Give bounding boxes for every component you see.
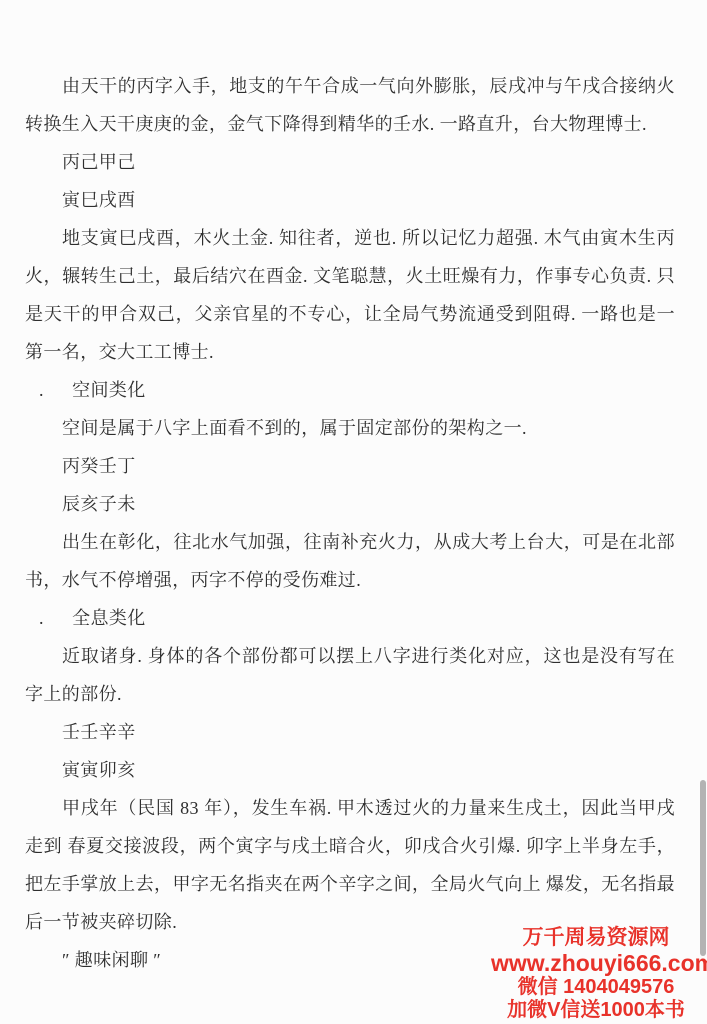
document-text: 由天干的丙字入手，地支的午午合成一气向外膨胀，辰戌冲与午戌合接纳火气，转换生入天… [25, 67, 675, 979]
text-line: 辰亥子未 [25, 485, 675, 523]
text-line: 寅巳戌酉 [25, 181, 675, 219]
text-line: 丙己甲己 [25, 143, 675, 181]
watermark-url: www.zhouyi666.com [491, 950, 701, 976]
text-line: . 空间类化 [25, 371, 675, 409]
text-line: . 全息类化 [25, 599, 675, 637]
watermark: 万千周易资源网 www.zhouyi666.com 微信 1404049576 … [491, 925, 701, 1022]
text-line: 火，辗转生己土，最后结穴在酉金. 文笔聪慧，火土旺燥有力，作事专心负责. 只 [25, 257, 675, 295]
text-line: 由天干的丙字入手，地支的午午合成一气向外膨胀，辰戌冲与午戌合接纳火气， [25, 67, 675, 105]
text-line: 第一名，交大工工博士. [25, 333, 675, 371]
document-page: 由天干的丙字入手，地支的午午合成一气向外膨胀，辰戌冲与午戌合接纳火气，转换生入天… [0, 0, 707, 1024]
text-line: 把左手掌放上去，甲字无名指夹在两个辛字之间，全局火气向上 爆发，无名指最 [25, 865, 675, 903]
text-line: 甲戌年（民国 83 年），发生车祸. 甲木透过火的力量来生戌土，因此当甲戌 [25, 789, 675, 827]
text-line: 字上的部份. [25, 675, 675, 713]
text-line: 转换生入天干庚庚的金，金气下降得到精华的壬水. 一路直升，台大物理博士. [25, 105, 675, 143]
text-line: 出生在彰化，往北水气加强，往南补充火力，从成大考上台大，可是在北部念 [25, 523, 675, 561]
scrollbar-thumb[interactable] [700, 780, 706, 956]
watermark-wechat: 微信 1404049576 [491, 976, 701, 999]
text-line: 寅寅卯亥 [25, 751, 675, 789]
watermark-promo: 加微V信送1000本书 [491, 999, 701, 1022]
text-line: 丙癸壬丁 [25, 447, 675, 485]
watermark-site-name: 万千周易资源网 [491, 925, 701, 950]
text-line: 壬壬辛辛 [25, 713, 675, 751]
text-line: 书，水气不停增强，丙字不停的受伤难过. [25, 561, 675, 599]
text-line: 是天干的甲合双己，父亲官星的不专心，让全局气势流通受到阻碍. 一路也是一直 [25, 295, 675, 333]
text-line: 空间是属于八字上面看不到的，属于固定部份的架构之一. [25, 409, 675, 447]
text-line: 走到 春夏交接波段，两个寅字与戌土暗合火，卯戌合火引爆. 卯字上半身左手， [25, 827, 675, 865]
text-line: 地支寅巳戌酉，木火土金. 知往者，逆也. 所以记忆力超强. 木气由寅木生丙 [25, 219, 675, 257]
text-line: 近取诸身. 身体的各个部份都可以摆上八字进行类化对应，这也是没有写在八 [25, 637, 675, 675]
